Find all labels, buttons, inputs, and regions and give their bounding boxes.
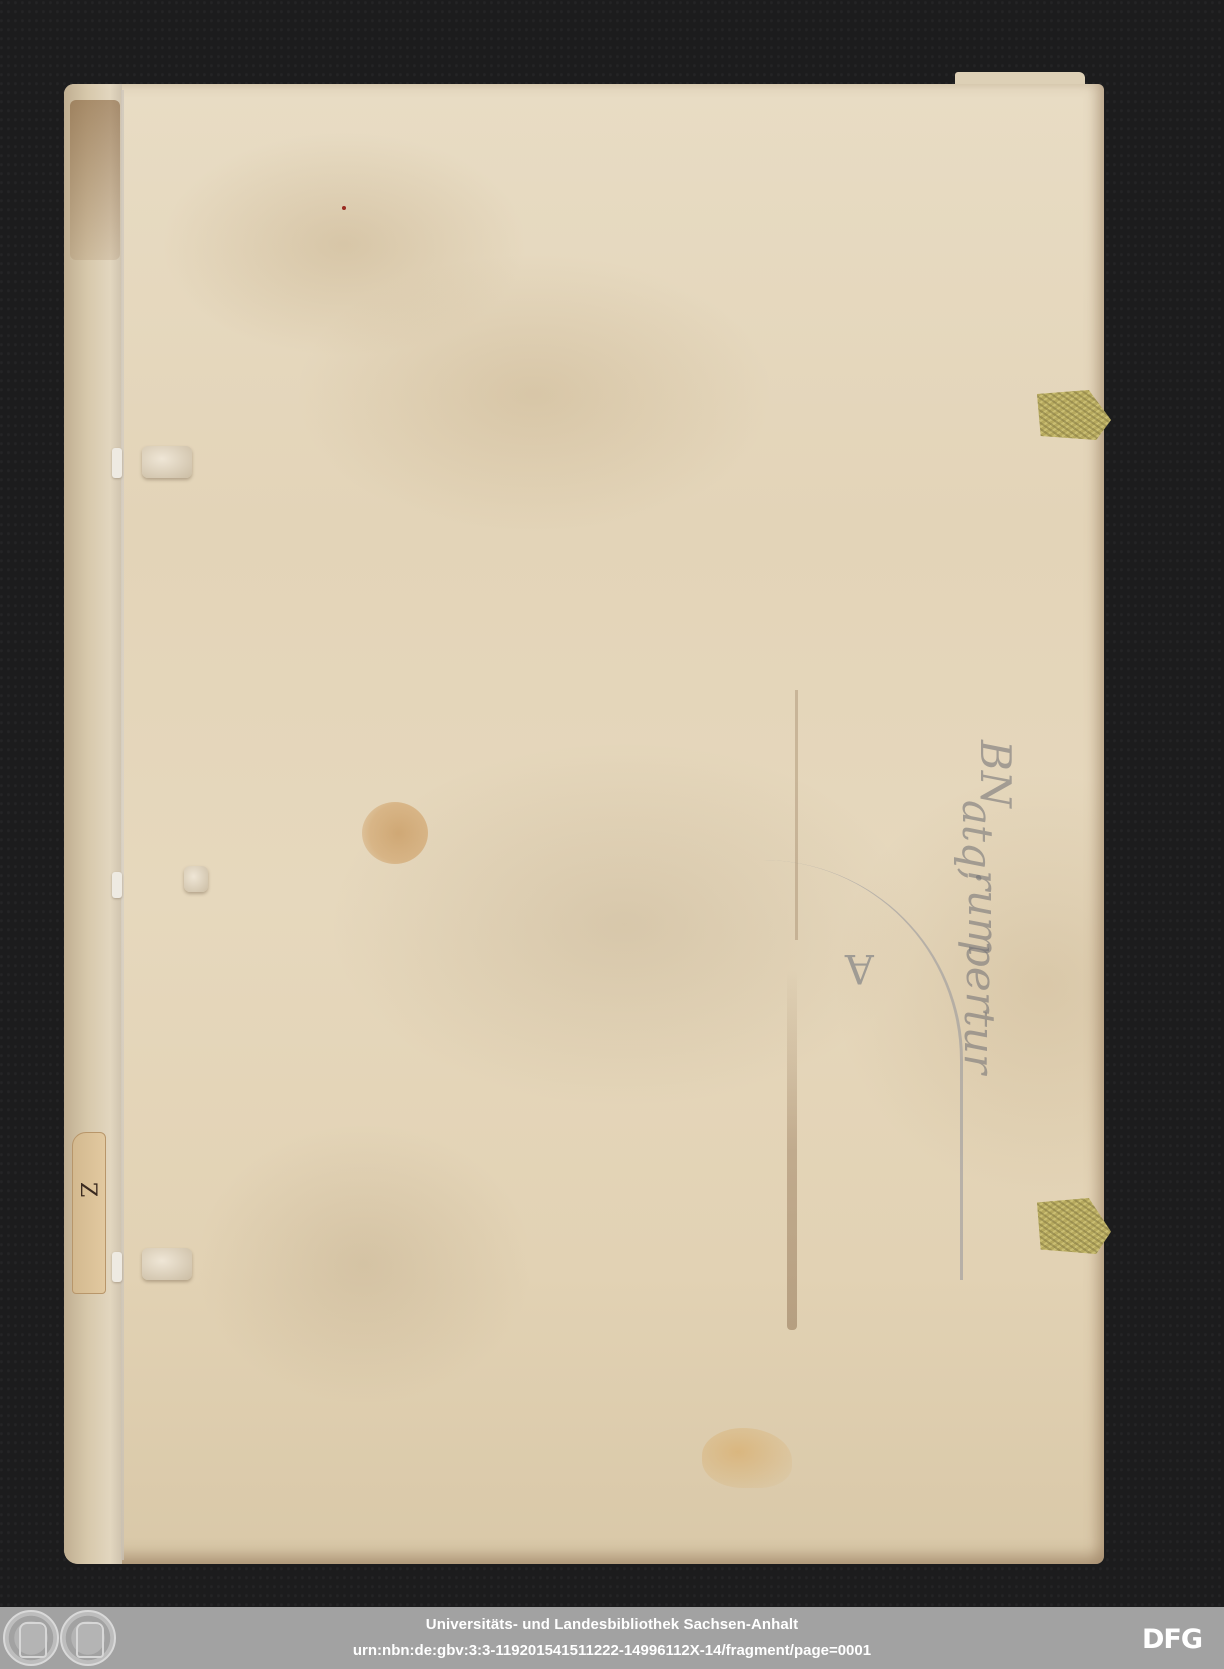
cord-slot <box>112 872 122 898</box>
binding-cord <box>142 1248 192 1280</box>
spine-stain <box>70 100 120 260</box>
book-spine <box>64 84 122 1564</box>
dfg-logo: DFG <box>1142 1624 1202 1655</box>
ink-spot <box>342 206 346 210</box>
footer-bar: Universitäts- und Landesbibliothek Sachs… <box>0 1607 1224 1669</box>
cord-slot <box>112 448 122 478</box>
spine-label-text: Z <box>75 1182 100 1197</box>
bleed-through-line: tur <box>955 1010 1004 1074</box>
round-stain <box>362 802 428 864</box>
book-cover <box>64 84 1104 1564</box>
urn-link[interactable]: urn:nbn:de:gbv:3:3-119201541511222-14996… <box>0 1642 1224 1659</box>
institution-name: Universitäts- und Landesbibliothek Sachs… <box>0 1616 1224 1633</box>
spine-fold-line <box>121 90 124 1560</box>
binding-cord <box>142 446 192 478</box>
bleed-through-letter: A <box>845 945 874 991</box>
spine-shelf-label <box>72 1132 106 1294</box>
cord-slot <box>112 1252 122 1282</box>
binding-cord <box>184 866 208 892</box>
bleed-through-line: per <box>957 940 1006 1012</box>
bleed-through-line: BN <box>971 740 1020 808</box>
